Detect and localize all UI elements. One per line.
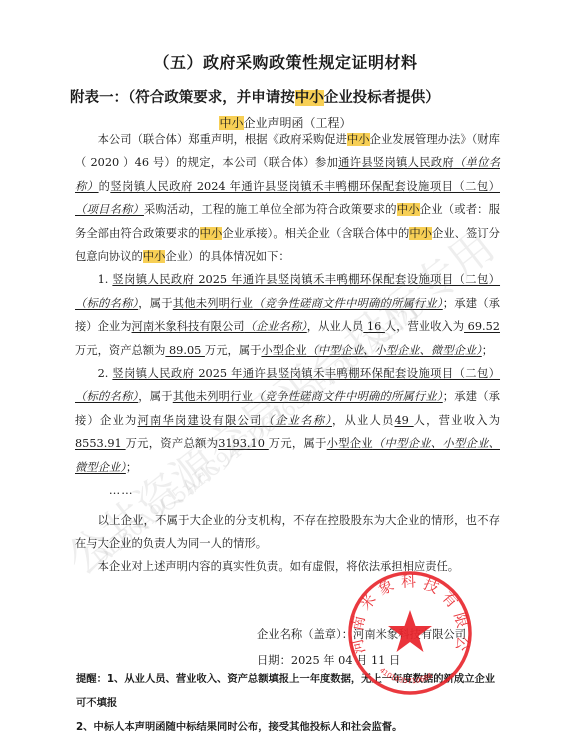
- item-company: 河南华岗建设有限公司: [138, 414, 263, 427]
- item-revenue: 8553.91: [75, 437, 126, 450]
- signature-company: 企业名称（盖章）：河南米象科技有限公司: [257, 626, 466, 642]
- subtitle-text: 附表一：（符合政策要求，并申请按: [70, 90, 295, 106]
- page-title: （五）政府采购政策性规定证明材料: [0, 50, 571, 73]
- intro-paragraph: 本公司（联合体）郑重声明，根据《政府采购促进中小企业发展管理办法》（财库（ 20…: [75, 128, 500, 268]
- ellipsis: ……: [75, 479, 500, 502]
- item-revenue: 69.52: [464, 320, 500, 333]
- item-project: 竖岗镇人民政府 2025 年通许县竖岗镇禾丰鸭棚环保配套设施项目（二包）: [112, 367, 500, 380]
- svg-text:河南米象科技有限公司: 河南米象科技有限公司: [345, 568, 472, 656]
- seal-name: 河南米象科技有限公司: [345, 568, 472, 656]
- highlight-sme: 中小: [200, 227, 223, 240]
- signature-date: 日期：2025 年 04 月 11 日: [257, 652, 400, 668]
- item-assets: 89.05: [165, 344, 205, 357]
- item-assets: 3193.10: [218, 437, 269, 450]
- highlight-sme: 中小: [397, 203, 420, 216]
- reminder-note-1: 提醒：1、从业人员、营业收入、资产总额填报上一年度数据，无上一年度数据的新成立企…: [76, 667, 496, 715]
- statement-not-large-enterprise: 以上企业，不属于大企业的分支机构，不存在控股股东为大企业的情形，也不存在与大企业…: [75, 509, 500, 556]
- document-page: （五）政府采购政策性规定证明材料 附表一：（符合政策要求，并申请按中小企业投标者…: [0, 0, 571, 750]
- signature-company-name: 河南米象科技有限公司: [353, 628, 466, 641]
- item-industry: 其他未列明行业: [173, 297, 253, 310]
- appendix-subtitle: 附表一：（符合政策要求，并申请按中小企业投标者提供）: [70, 86, 440, 107]
- highlight-sme: 中小: [295, 90, 324, 106]
- item-type: 小型企业: [327, 437, 373, 450]
- statement-responsibility: 本企业对上述声明内容的真实性负责。如有虚假，将依法承担相应责任。: [75, 555, 500, 578]
- reminder-notes: 提醒：1、从业人员、营业收入、资产总额填报上一年度数据，无上一年度数据的新成立企…: [76, 667, 496, 739]
- subtitle-text-end: 企业投标者提供）: [324, 90, 440, 106]
- purchaser-name: 通许县竖岗镇人民政府: [338, 156, 454, 169]
- declaration-body: 本公司（联合体）郑重声明，根据《政府采购促进中小企业发展管理办法》（财库（ 20…: [75, 128, 500, 579]
- highlight-sme: 中小: [143, 250, 166, 263]
- item-project: 竖岗镇人民政府 2025 年通许县竖岗镇禾丰鸭棚环保配套设施项目（二包）: [112, 273, 500, 286]
- item-company: 河南米象科技有限公司: [132, 320, 245, 333]
- reminder-note-2: 2、中标人本声明函随中标结果同时公布，接受其他投标人和社会监督。: [76, 715, 496, 739]
- item-type: 小型企业: [261, 344, 306, 357]
- enterprise-item-2: 2. 竖岗镇人民政府 2025 年通许县竖岗镇禾丰鸭棚环保配套设施项目（二包）（…: [75, 362, 500, 479]
- item-staff: 49: [394, 414, 413, 427]
- item-staff: 16: [363, 320, 385, 333]
- item-industry: 其他未列明行业: [173, 390, 253, 403]
- signature-date-value: 2025 年 04 月 11 日: [291, 654, 400, 667]
- highlight-sme: 中小: [347, 133, 370, 146]
- enterprise-item-1: 1. 竖岗镇人民政府 2025 年通许县竖岗镇禾丰鸭棚环保配套设施项目（二包）（…: [75, 268, 500, 362]
- project-name: 竖岗镇人民政府 2024 年通许县竖岗镇禾丰鸭棚环保配套设施项目（二包）: [110, 180, 500, 193]
- highlight-sme: 中小: [409, 227, 432, 240]
